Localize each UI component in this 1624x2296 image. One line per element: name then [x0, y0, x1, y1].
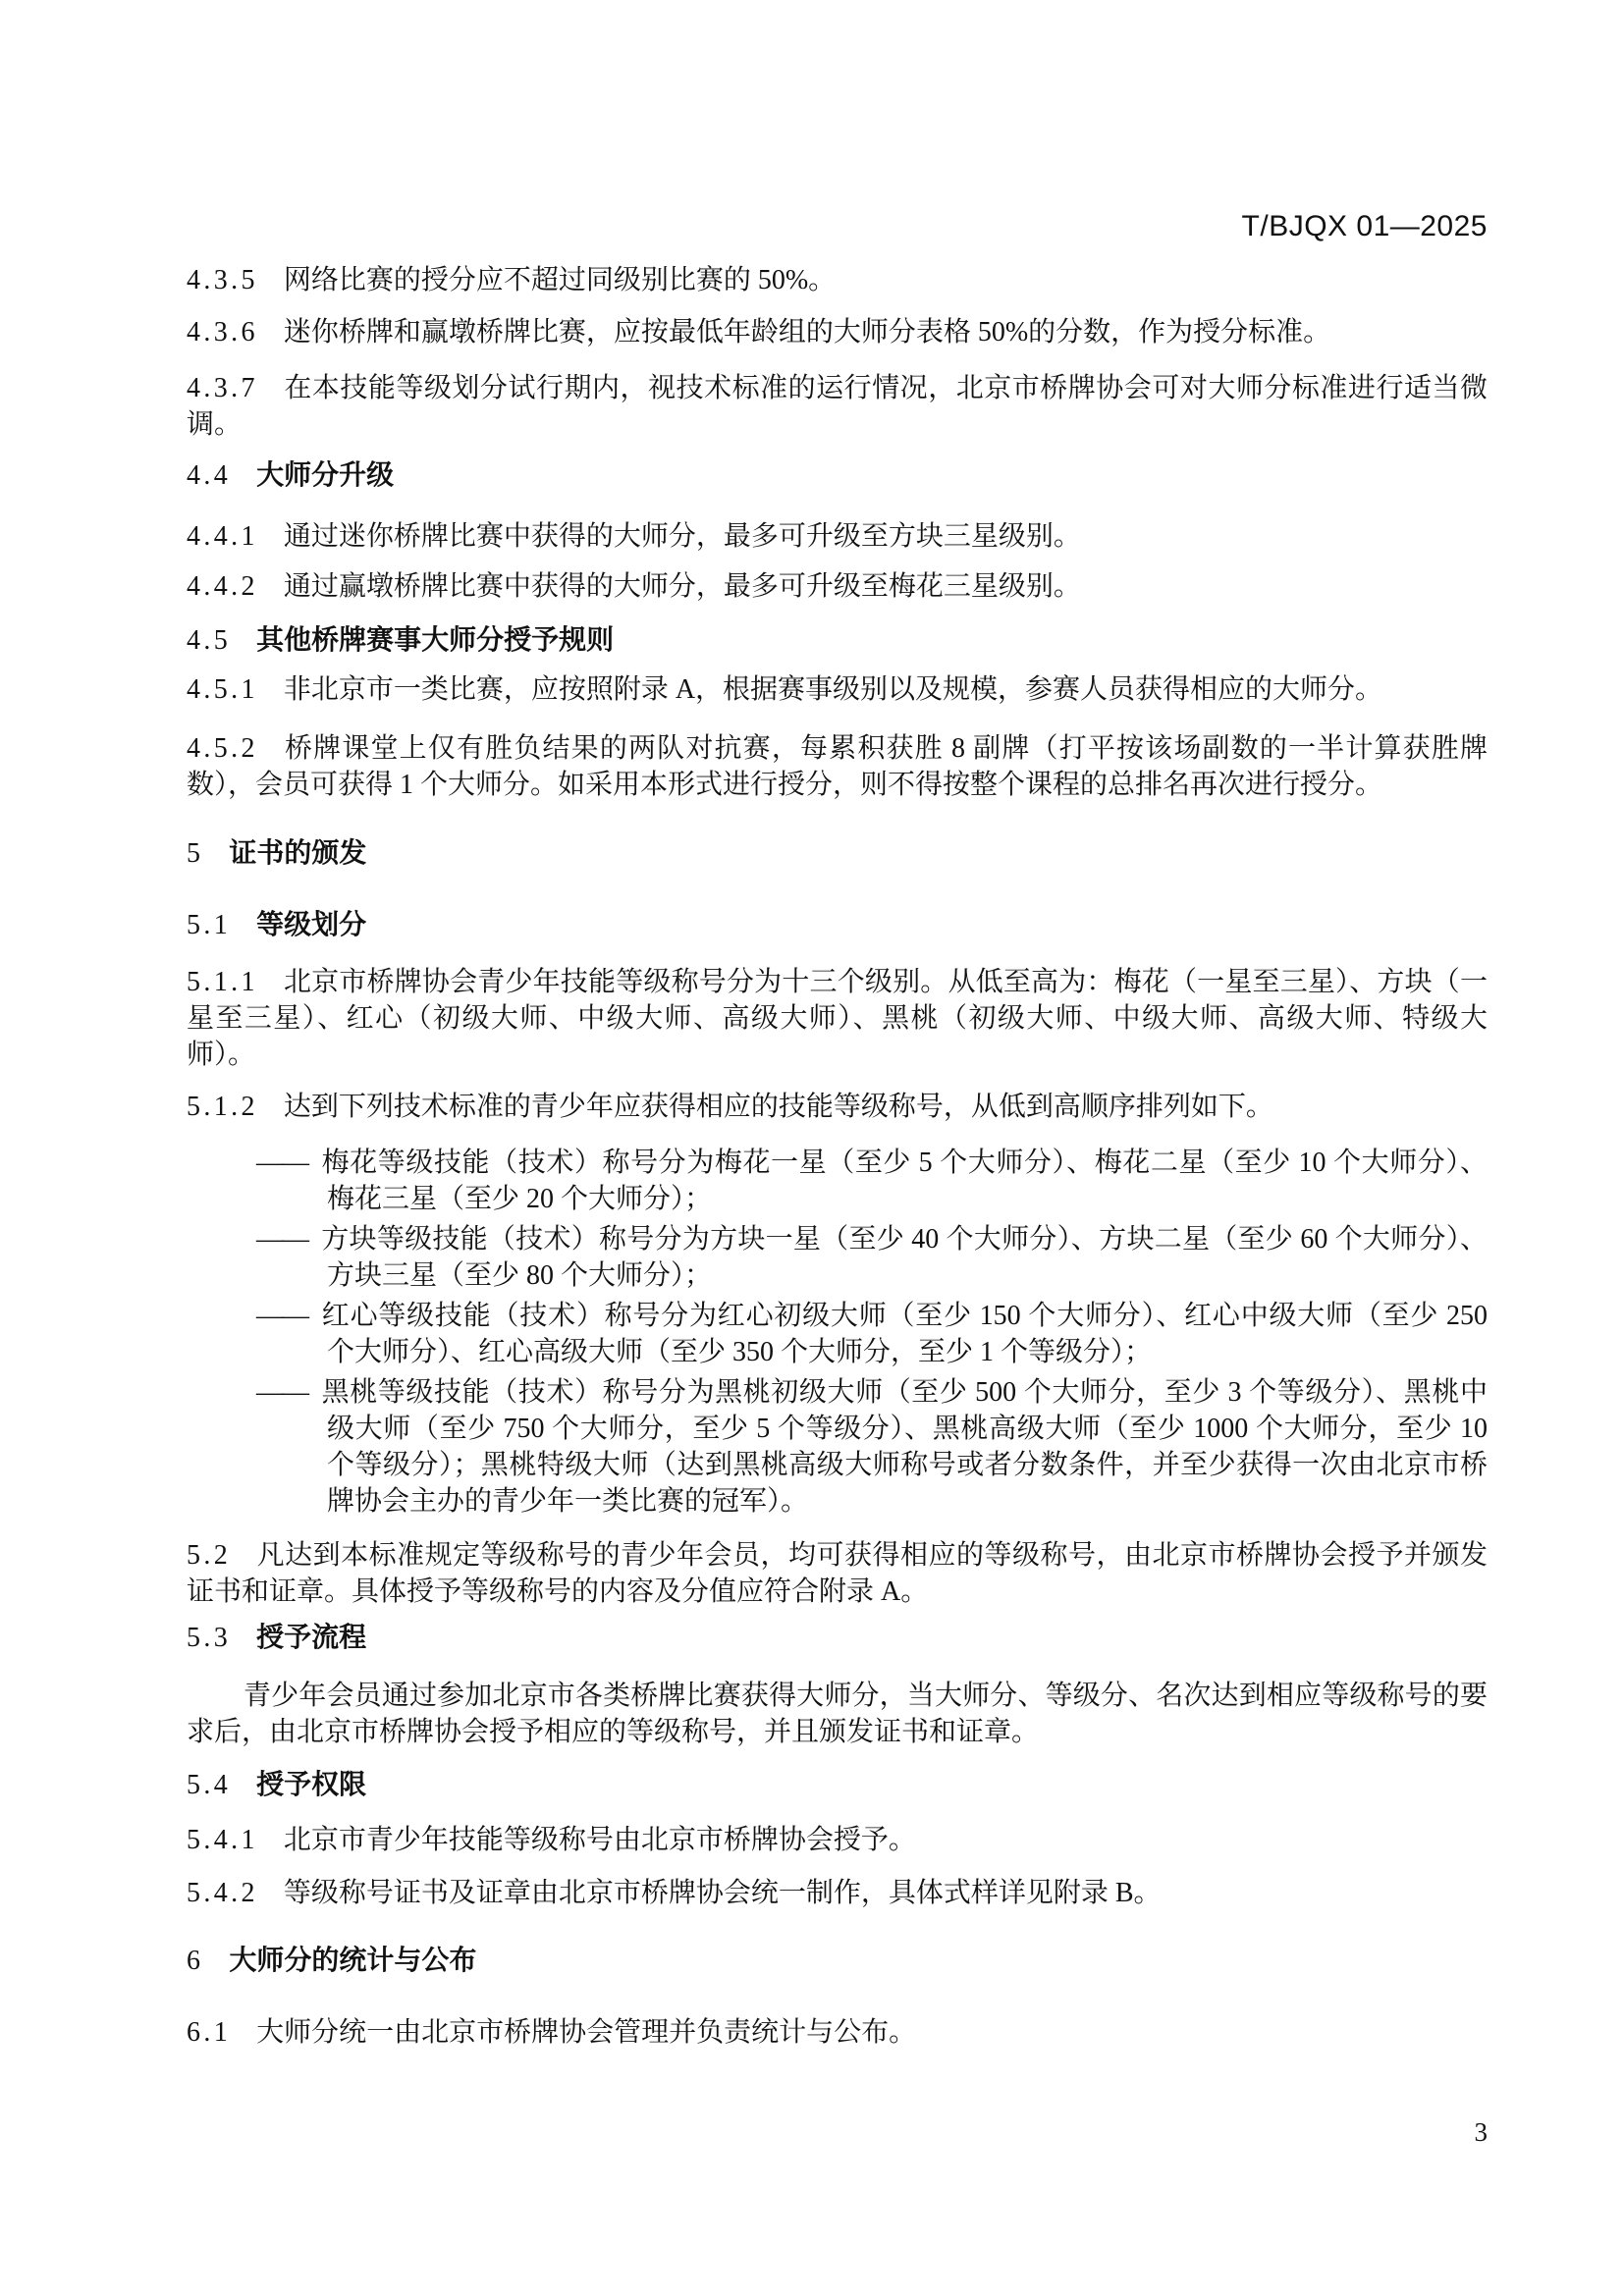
clause-text: 等级称号证书及证章由北京市桥牌协会统一制作，具体式样详见附录 B。	[284, 1878, 1162, 1908]
clause-4-3-6: 4.3.6迷你桥牌和赢墩桥牌比赛，应按最低年龄组的大师分表格 50%的分数，作为…	[187, 314, 1488, 350]
clause-number: 5.1.2	[187, 1092, 258, 1122]
clause-text: 在本技能等级划分试行期内，视技术标准的运行情况，北京市桥牌协会可对大师分标准进行…	[187, 373, 1488, 440]
heading-5-1: 5.1等级划分	[187, 906, 1488, 943]
heading-5-3: 5.3授予流程	[187, 1619, 1488, 1656]
clause-text: 凡达到本标准规定等级称号的青少年会员，均可获得相应的等级称号，由北京市桥牌协会授…	[187, 1540, 1488, 1607]
heading-number: 5.3	[187, 1623, 231, 1653]
heading-number: 5.1	[187, 910, 231, 940]
clause-number: 4.3.6	[187, 317, 258, 347]
clause-text: 非北京市一类比赛，应按照附录 A，根据赛事级别以及规模，参赛人员获得相应的大师分…	[284, 674, 1382, 705]
clause-number: 4.3.7	[187, 373, 258, 403]
heading-text: 授予流程	[256, 1622, 366, 1652]
clause-text: 桥牌课堂上仅有胜负结果的两队对抗赛，每累积获胜 8 副牌（打平按该场副数的一半计…	[187, 733, 1488, 800]
clause-number: 4.5.2	[187, 733, 258, 764]
clause-5-4-1: 5.4.1北京市青少年技能等级称号由北京市桥牌协会授予。	[187, 1822, 1488, 1858]
rank-requirements-list: ——梅花等级技能（技术）称号分为梅花一星（至少 5 个大师分）、梅花二星（至少 …	[187, 1145, 1488, 1520]
clause-number: 4.4.2	[187, 571, 258, 602]
clause-4-4-1: 4.4.1通过迷你桥牌比赛中获得的大师分，最多可升级至方块三星级别。	[187, 518, 1488, 555]
doc-code: T/BJQX 01—2025	[187, 208, 1488, 244]
clause-4-5-1: 4.5.1非北京市一类比赛，应按照附录 A，根据赛事级别以及规模，参赛人员获得相…	[187, 671, 1488, 708]
clause-5-1-2: 5.1.2达到下列技术标准的青少年应获得相应的技能等级称号，从低到高顺序排列如下…	[187, 1089, 1488, 1125]
list-item: ——黑桃等级技能（技术）称号分为黑桃初级大师（至少 500 个大师分，至少 3 …	[187, 1374, 1488, 1520]
heading-6: 6大师分的统计与公布	[187, 1942, 1488, 1979]
clause-5-4-2: 5.4.2等级称号证书及证章由北京市桥牌协会统一制作，具体式样详见附录 B。	[187, 1875, 1488, 1911]
heading-text: 大师分的统计与公布	[229, 1945, 476, 1975]
heading-5-4: 5.4授予权限	[187, 1766, 1488, 1803]
clause-4-3-7: 4.3.7在本技能等级划分试行期内，视技术标准的运行情况，北京市桥牌协会可对大师…	[187, 370, 1488, 443]
list-dash: ——	[256, 1224, 307, 1255]
clause-4-3-5: 4.3.5网络比赛的授分应不超过同级别比赛的 50%。	[187, 262, 1488, 298]
heading-4-4: 4.4大师分升级	[187, 456, 1488, 494]
clause-number: 4.4.1	[187, 521, 258, 552]
list-item-text: 方块等级技能（技术）称号分为方块一星（至少 40 个大师分）、方块二星（至少 6…	[321, 1224, 1488, 1291]
heading-text: 授予权限	[256, 1769, 366, 1799]
list-item: ——红心等级技能（技术）称号分为红心初级大师（至少 150 个大师分）、红心中级…	[187, 1298, 1488, 1370]
list-item-text: 红心等级技能（技术）称号分为红心初级大师（至少 150 个大师分）、红心中级大师…	[321, 1301, 1488, 1367]
clause-number: 5.4.2	[187, 1878, 258, 1908]
heading-number: 4.5	[187, 625, 231, 656]
list-item: ——梅花等级技能（技术）称号分为梅花一星（至少 5 个大师分）、梅花二星（至少 …	[187, 1145, 1488, 1217]
list-item-text: 黑桃等级技能（技术）称号分为黑桃初级大师（至少 500 个大师分，至少 3 个等…	[321, 1377, 1488, 1517]
clause-text: 北京市青少年技能等级称号由北京市桥牌协会授予。	[284, 1825, 916, 1855]
clause-5-2: 5.2凡达到本标准规定等级称号的青少年会员，均可获得相应的等级称号，由北京市桥牌…	[187, 1537, 1488, 1610]
clause-number: 5.2	[187, 1540, 231, 1571]
heading-number: 4.4	[187, 460, 231, 491]
list-item-text: 梅花等级技能（技术）称号分为梅花一星（至少 5 个大师分）、梅花二星（至少 10…	[321, 1148, 1488, 1214]
clause-number: 5.4.1	[187, 1825, 258, 1855]
clause-4-5-2: 4.5.2桥牌课堂上仅有胜负结果的两队对抗赛，每累积获胜 8 副牌（打平按该场副…	[187, 730, 1488, 803]
heading-text: 证书的颁发	[229, 837, 366, 868]
clause-text: 达到下列技术标准的青少年应获得相应的技能等级称号，从低到高顺序排列如下。	[284, 1092, 1273, 1122]
clause-text: 通过迷你桥牌比赛中获得的大师分，最多可升级至方块三星级别。	[284, 521, 1081, 552]
document-page: T/BJQX 01—2025 4.3.5网络比赛的授分应不超过同级别比赛的 50…	[0, 0, 1624, 2296]
list-dash: ——	[256, 1148, 307, 1178]
heading-number: 5.4	[187, 1770, 231, 1800]
clause-text: 大师分统一由北京市桥牌协会管理并负责统计与公布。	[256, 2017, 916, 2048]
list-item: ——方块等级技能（技术）称号分为方块一星（至少 40 个大师分）、方块二星（至少…	[187, 1221, 1488, 1294]
clause-number: 4.3.5	[187, 265, 258, 295]
clause-number: 5.1.1	[187, 967, 258, 997]
heading-number: 6	[187, 1946, 203, 1976]
clause-text: 通过赢墩桥牌比赛中获得的大师分，最多可升级至梅花三星级别。	[284, 571, 1081, 602]
heading-number: 5	[187, 838, 203, 869]
clause-text: 网络比赛的授分应不超过同级别比赛的 50%。	[284, 265, 836, 295]
heading-text: 大师分升级	[256, 459, 394, 490]
heading-5: 5证书的颁发	[187, 834, 1488, 872]
clause-5-1-1: 5.1.1北京市桥牌协会青少年技能等级称号分为十三个级别。从低至高为：梅花（一星…	[187, 964, 1488, 1073]
clause-text: 迷你桥牌和赢墩桥牌比赛，应按最低年龄组的大师分表格 50%的分数，作为授分标准。	[284, 317, 1330, 347]
page-number: 3	[187, 2114, 1488, 2151]
paragraph-5-3-body: 青少年会员通过参加北京市各类桥牌比赛获得大师分，当大师分、等级分、名次达到相应等…	[187, 1678, 1488, 1750]
clause-number: 4.5.1	[187, 674, 258, 705]
clause-4-4-2: 4.4.2通过赢墩桥牌比赛中获得的大师分，最多可升级至梅花三星级别。	[187, 568, 1488, 605]
heading-4-5: 4.5其他桥牌赛事大师分授予规则	[187, 621, 1488, 659]
heading-text: 其他桥牌赛事大师分授予规则	[256, 624, 614, 655]
clause-number: 6.1	[187, 2017, 231, 2048]
list-dash: ——	[256, 1301, 307, 1331]
list-dash: ——	[256, 1377, 307, 1408]
heading-text: 等级划分	[256, 909, 366, 939]
clause-6-1: 6.1大师分统一由北京市桥牌协会管理并负责统计与公布。	[187, 2014, 1488, 2051]
clause-text: 北京市桥牌协会青少年技能等级称号分为十三个级别。从低至高为：梅花（一星至三星）、…	[187, 967, 1488, 1070]
